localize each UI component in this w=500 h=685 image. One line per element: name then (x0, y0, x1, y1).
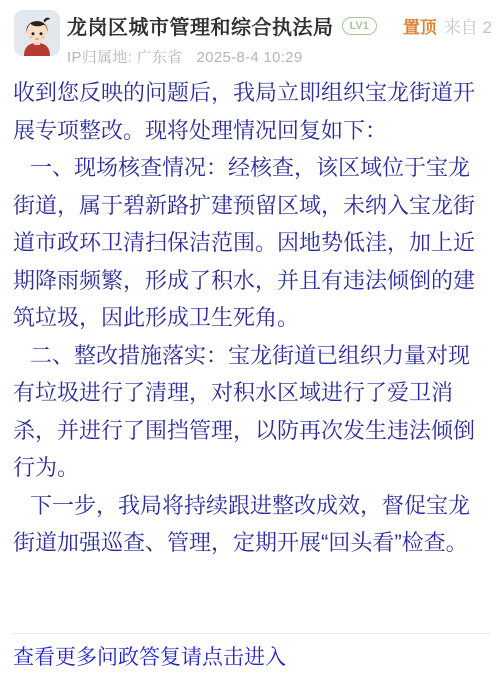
username[interactable]: 龙岗区城市管理和综合执法局 (67, 11, 334, 40)
paragraph-measures: 二、整改措施落实：宝龙街道已组织力量对现有垃圾进行了清理，对积水区域进行了爱卫消… (13, 337, 487, 487)
paragraph-next-steps: 下一步，我局将持续跟进整改成效，督促宝龙街道加强巡查、管理，定期开展“回头看”检… (13, 487, 487, 562)
avatar[interactable] (14, 10, 60, 56)
right-meta: 置顶 来自 2 (403, 13, 492, 38)
paragraph-intro: 收到您反映的问题后，我局立即组织宝龙街道开展专项整改。现将处理情况回复如下： (13, 74, 487, 149)
divider (12, 633, 490, 634)
ip-location: IP归属地: 广东省 (67, 49, 183, 66)
child-avatar-icon (14, 43, 60, 56)
pinned-badge: 置顶 (403, 13, 437, 38)
from-floor-label: 来自 2 (444, 13, 492, 38)
timestamp: 2025-8-4 10:29 (197, 49, 303, 66)
more-replies-link[interactable]: 查看更多问政答复请点击进入 (13, 643, 286, 673)
paragraph-inspection: 一、现场核查情况：经核查，该区域位于宝龙街道，属于碧新路扩建预留区域，未纳入宝龙… (13, 149, 487, 337)
header-main: 龙岗区城市管理和综合执法局 LV1 置顶 来自 2 IP归属地: 广东省2025… (67, 10, 492, 67)
meta-row: IP归属地: 广东省2025-8-4 10:29 (67, 46, 492, 67)
post-body: 收到您反映的问题后，我局立即组织宝龙街道开展专项整改。现将处理情况回复如下： 一… (0, 67, 500, 562)
post-header: 龙岗区城市管理和综合执法局 LV1 置顶 来自 2 IP归属地: 广东省2025… (0, 0, 500, 67)
name-row: 龙岗区城市管理和综合执法局 LV1 置顶 来自 2 (67, 11, 492, 40)
level-badge: LV1 (342, 17, 377, 35)
reply-post-card: 龙岗区城市管理和综合执法局 LV1 置顶 来自 2 IP归属地: 广东省2025… (0, 0, 500, 685)
